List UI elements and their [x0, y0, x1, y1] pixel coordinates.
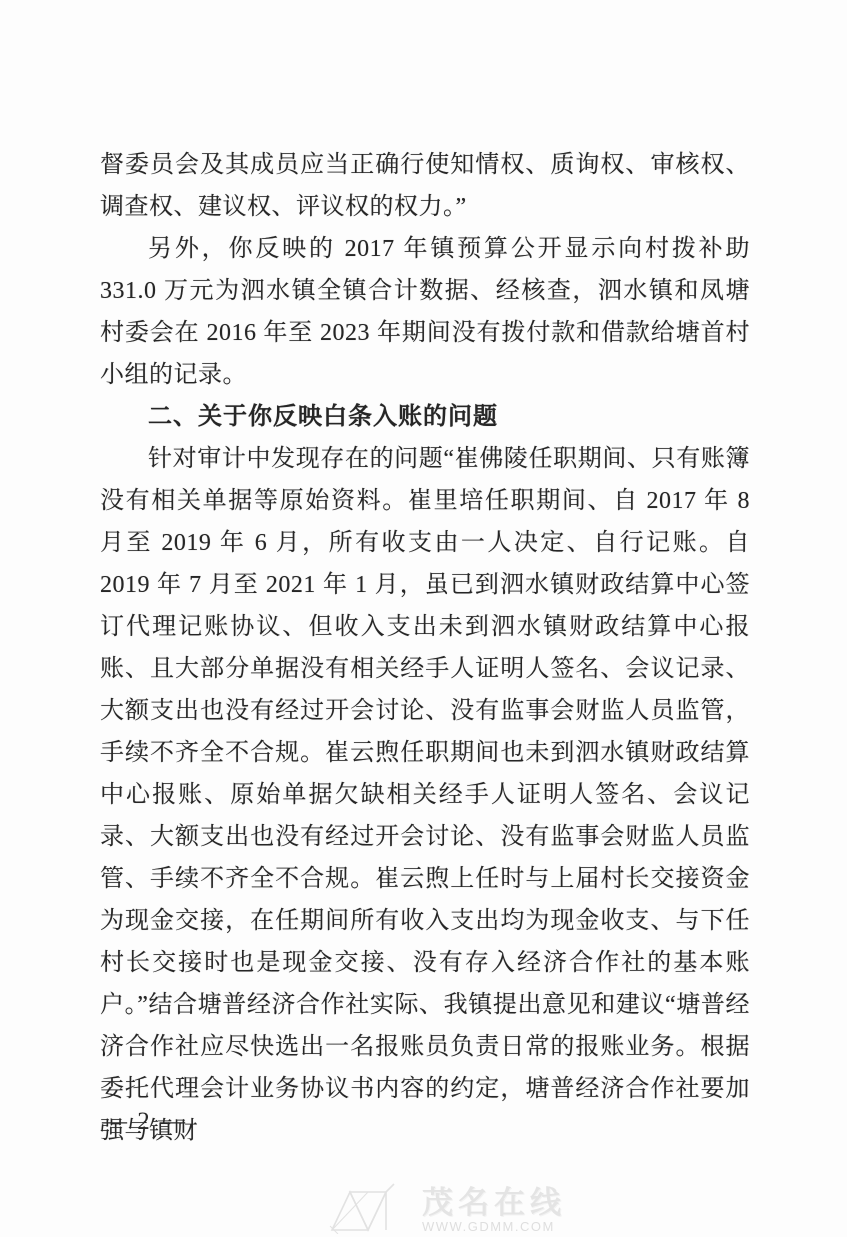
watermark-site-url: WWW.GDMM.COM: [422, 1219, 555, 1234]
watermark-site-name: 茂名在线: [422, 1187, 566, 1218]
page-number: — 2 —: [102, 1108, 187, 1136]
paragraph-2017-budget-reply: 另外，你反映的 2017 年镇预算公开显示向村拨补助 331.0 万元为泗水镇全…: [100, 228, 750, 396]
document-body: 督委员会及其成员应当正确行使知情权、质询权、审核权、调查权、建议权、评议权的权力…: [100, 144, 750, 1152]
watermark-text: 茂名在线 WWW.GDMM.COM: [422, 1187, 566, 1234]
section-heading-baitiao-issue: 二、关于你反映白条入账的问题: [100, 396, 750, 438]
paragraph-supervision-rights: 督委员会及其成员应当正确行使知情权、质询权、审核权、调查权、建议权、评议权的权力…: [100, 144, 750, 228]
gdmm-logo-icon: [328, 1182, 410, 1234]
paragraph-audit-findings: 针对审计中发现存在的问题“崔佛陵任职期间、只有账簿没有相关单据等原始资料。崔里培…: [100, 438, 750, 1152]
watermark: 茂名在线 WWW.GDMM.COM: [328, 1182, 566, 1234]
scanned-document-page: 督委员会及其成员应当正确行使知情权、质询权、审核权、调查权、建议权、评议权的权力…: [0, 0, 847, 1237]
